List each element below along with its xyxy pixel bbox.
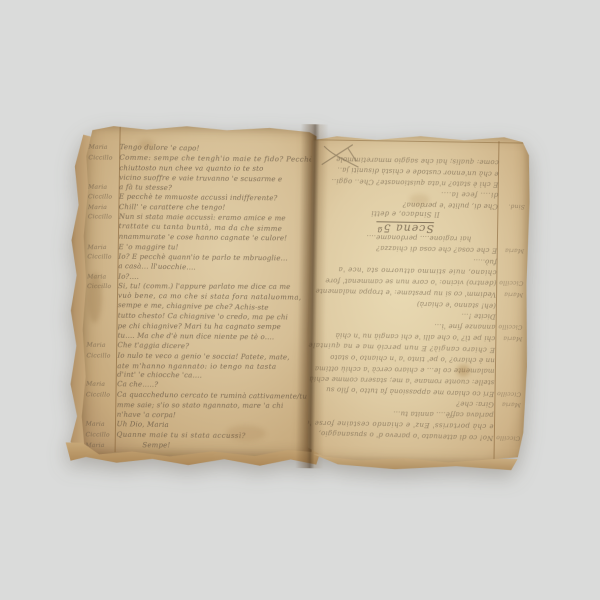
line-text: tu.... Ma che d'è nun dice niente pe tè … — [118, 332, 310, 342]
speaker-name — [499, 172, 531, 173]
speaker-name — [497, 270, 529, 271]
line-text: Ca che.....? — [117, 380, 309, 391]
line-text: pe chi chiagnive? Mari tu ha cagnato sem… — [118, 322, 310, 331]
speaker-name: Maria — [495, 334, 527, 342]
script-line: MariaChill' 'e carattere che tengo! — [81, 203, 311, 214]
speaker-name: Ciccillo — [80, 253, 118, 260]
line-text: vuò bene, ca mo che si stata fora natalu… — [118, 292, 310, 302]
line-text: No! co di attenuato 'o parevo d' o spusa… — [311, 429, 493, 442]
speaker-name — [494, 380, 526, 381]
gutter-crease — [295, 124, 328, 468]
script-line: ate m'hanno ngannato: io tengo na tasta — [79, 362, 309, 373]
speaker-name — [495, 358, 527, 359]
speaker-name: Ciccillo — [81, 154, 119, 161]
speaker-name: Ciccillo — [79, 431, 117, 438]
speaker-name — [496, 304, 528, 305]
speaker-name: Ciccillo — [493, 434, 525, 442]
speaker-name: Ciccillo — [81, 213, 119, 220]
line-text: Sempe! — [116, 441, 308, 450]
speaker-name: Ciccillo — [79, 352, 117, 359]
speaker-name — [499, 161, 531, 162]
speaker-name — [496, 314, 528, 315]
script-line: CiccilloSi, tu! (comm.) l'appure parlato… — [80, 282, 310, 293]
script-line: MariaSempe! — [78, 441, 308, 452]
script-line: MariaE 'o maggire tu! — [80, 243, 310, 254]
speaker-name: Ciccillo — [79, 391, 117, 398]
speaker-name — [80, 267, 118, 268]
left-page-handwriting: MariaTengo dulore 'e capo!CiccilloComme:… — [78, 143, 311, 452]
speaker-name: Maria — [79, 420, 117, 428]
paper-stain — [138, 140, 154, 150]
paper-stain — [226, 425, 266, 442]
speaker-name — [498, 183, 530, 184]
speaker-name: Maria — [80, 244, 118, 251]
line-text: Io? E pecchè quann'io te parlo te mbruog… — [118, 252, 310, 262]
photo-of-notebook: MariaTengo dulore 'e capo!CiccilloComme:… — [0, 0, 600, 600]
speaker-name — [493, 424, 525, 425]
pencil-scribble-mark — [318, 138, 363, 173]
speaker-name: Maria — [79, 341, 117, 349]
script-line: chiuttosto nun chee va quanto io te sto — [81, 164, 311, 175]
speaker-name: Sind. — [498, 203, 530, 211]
script-line: pe chi chiagnive? Mari tu ha cagnato sem… — [80, 322, 310, 333]
speaker-name — [497, 260, 529, 261]
script-line: mme saie; s'io so stato ngannato, mare '… — [79, 401, 309, 412]
line-text: Nun si stata maie accussì: eramo amice e… — [119, 213, 311, 223]
speaker-name — [495, 348, 527, 349]
line-text: sempe e me, chiagnive pe che? Achis-ste — [118, 301, 310, 312]
speaker-name — [81, 228, 119, 229]
line-text: n'have 'a corpa! — [117, 411, 309, 421]
speaker-name: Maria — [496, 290, 528, 298]
line-text: E 'o maggire tu! — [118, 243, 310, 252]
left-page: MariaTengo dulore 'e capo!CiccilloComme:… — [75, 123, 316, 461]
right-page-rotated-content: CiccilloNo! co di attenuato 'o parevo d'… — [305, 132, 530, 465]
right-page: CiccilloNo! co di attenuato 'o parevo d'… — [305, 132, 530, 465]
speaker-name: Ciccillo — [495, 323, 527, 330]
paper-stain — [409, 194, 429, 206]
open-notebook: MariaTengo dulore 'e capo!CiccilloComme:… — [55, 118, 534, 477]
line-text: mme saie; s'io so stato ngannato, mare '… — [117, 401, 309, 410]
speaker-name: Maria — [497, 246, 529, 254]
line-text: vicino suoffre e vaie truvanno 'e scusar… — [119, 173, 311, 183]
line-text: Chill' 'e carattere che tengo! — [119, 203, 311, 212]
speaker-name: Maria — [494, 400, 526, 408]
line-text: chiuttosto nun chee va quanto io te sto — [119, 164, 311, 173]
line-text: ate m'hanno ngannato: io tengo na tasta — [117, 362, 309, 371]
speaker-name: Ciccillo — [496, 279, 528, 286]
speaker-name: Ciccillo — [494, 390, 526, 398]
paper-stain — [457, 365, 470, 377]
line-text: Si, tu! (comm.) l'appure parlato me dice… — [118, 283, 310, 292]
